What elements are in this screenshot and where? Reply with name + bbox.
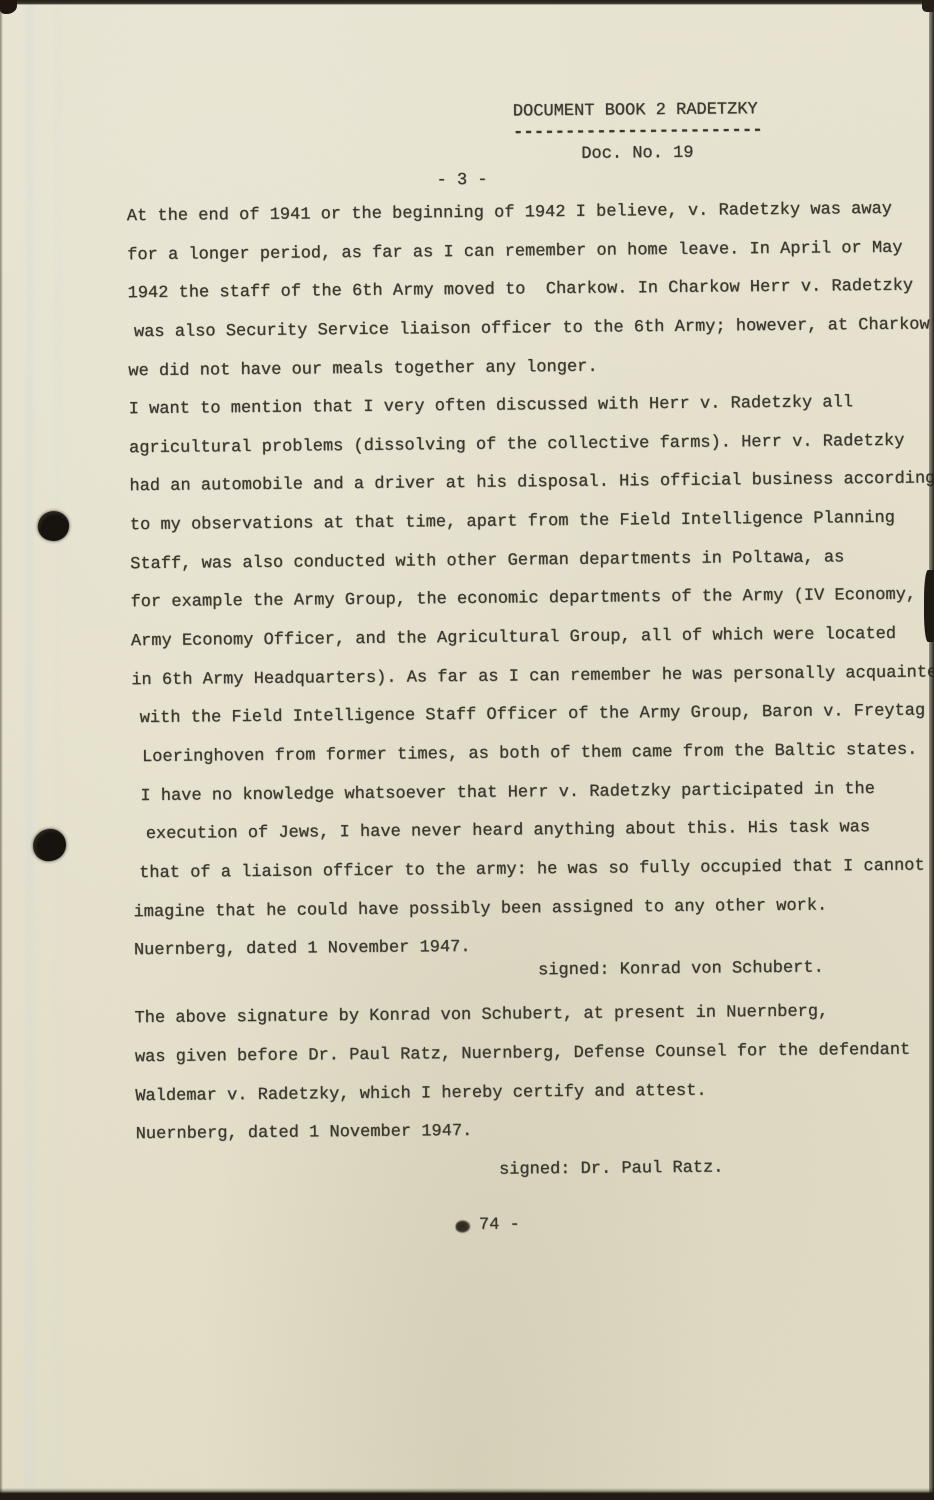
document-scan-content: DOCUMENT BOOK 2 RADETZKY ---------------… (0, 0, 934, 1500)
header-dashed-divider: ------------------------ (513, 121, 763, 142)
document-number: Doc. No. 19 (581, 144, 693, 164)
document-line: imagine that he could have possibly been… (133, 886, 934, 932)
certification-line: was given before Dr. Paul Ratz, Nuernber… (135, 1032, 934, 1078)
scan-edge-right-patch (924, 570, 934, 642)
scan-edge-right (929, 0, 934, 1500)
page-number-top: - 3 - (436, 171, 487, 190)
scan-edge-left (0, 0, 3, 1500)
scanned-document-page: DOCUMENT BOOK 2 RADETZKY ---------------… (0, 0, 934, 1500)
affidavit-body: At the end of 1941 or the beginning of 1… (127, 191, 934, 1249)
scan-edge-corner (922, 0, 934, 12)
page-number-bottom: - 74 - (458, 1202, 934, 1245)
signature-line-ratz: signed: Dr. Paul Ratz. (499, 1148, 934, 1191)
signature-line-schubert: signed: Konrad von Schubert. (538, 948, 934, 990)
scan-edge-bottom (0, 1488, 934, 1500)
document-book-title: DOCUMENT BOOK 2 RADETZKY (513, 100, 758, 121)
scan-edge-top (0, 0, 934, 5)
document-line: was also Security Service liaison office… (134, 306, 930, 352)
